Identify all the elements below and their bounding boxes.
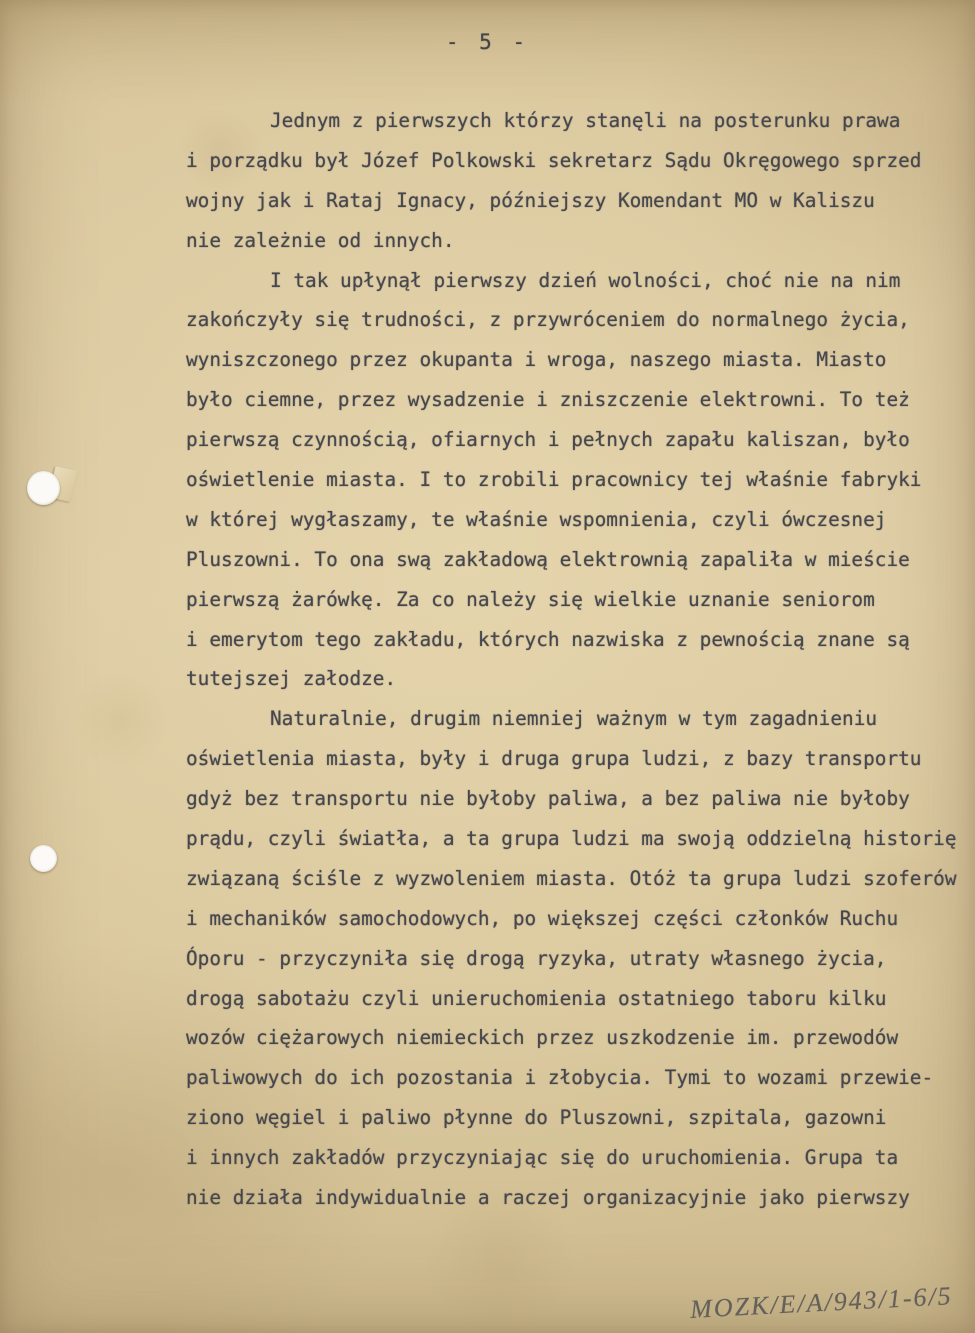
typewritten-line: Pluszowni. To ona swą zakładową elektrow… [186,540,958,580]
typewritten-line: drogą sabotażu czyli unieruchomienia ost… [186,979,958,1019]
typewritten-line: i emerytom tego zakładu, których nazwisk… [186,620,958,660]
typewritten-line: oświetlenie miasta. I to zrobili pracown… [186,460,958,500]
typewritten-line: nie zależnie od innych. [186,221,958,261]
punch-hole-top [27,471,60,505]
typewritten-line: gdyż bez transportu nie byłoby paliwa, a… [186,779,958,819]
typewritten-line: związaną ściśle z wyzwoleniem miasta. Ot… [186,859,958,899]
typewritten-line: I tak upłynął pierwszy dzień wolności, c… [186,261,958,301]
typewritten-line: w której wygłaszamy, te właśnie wspomnie… [186,500,958,540]
typewritten-line: zakończyły się trudności, z przywrócenie… [186,300,958,340]
punch-hole-bottom [30,845,57,872]
typewritten-line: pierwszą żarówkę. Za co należy się wielk… [186,580,958,620]
typewritten-line: nie działa indywidualnie a raczej organi… [186,1178,958,1218]
typewritten-line: pierwszą czynnością, ofiarnych i pełnych… [186,420,958,460]
typewritten-line: i porządku był Józef Polkowski sekretarz… [186,141,958,181]
typewritten-line: Naturalnie, drugim niemniej ważnym w tym… [186,699,958,739]
page-number: - 5 - [0,30,975,54]
typewritten-line: tutejszej załodze. [186,659,958,699]
typewritten-line: Óporu - przyczyniła się drogą ryzyka, ut… [186,939,958,979]
typewritten-line: wozów ciężarowych niemieckich przez uszk… [186,1018,958,1058]
paragraph: Jednym z pierwszych którzy stanęli na po… [186,101,958,261]
typewritten-line: oświetlenia miasta, były i druga grupa l… [186,739,958,779]
typewritten-line: wojny jak i Rataj Ignacy, późniejszy Kom… [186,181,958,221]
typewritten-line: Jednym z pierwszych którzy stanęli na po… [186,101,958,141]
typewritten-line: paliwowych do ich pozostania i złobycia.… [186,1058,958,1098]
paragraph: Naturalnie, drugim niemniej ważnym w tym… [186,699,958,1218]
typewritten-line: wyniszczonego przez okupanta i wroga, na… [186,340,958,380]
typewritten-line: i innych zakładów przyczyniając się do u… [186,1138,958,1178]
typewritten-line: i mechaników samochodowych, po większej … [186,899,958,939]
typewritten-line: było ciemne, przez wysadzenie i zniszcze… [186,380,958,420]
typewritten-line: ziono węgiel i paliwo płynne do Pluszown… [186,1098,958,1138]
paragraph: I tak upłynął pierwszy dzień wolności, c… [186,261,958,700]
text-block: Jednym z pierwszych którzy stanęli na po… [186,101,958,1218]
typewritten-line: prądu, czyli światła, a ta grupa ludzi m… [186,819,958,859]
